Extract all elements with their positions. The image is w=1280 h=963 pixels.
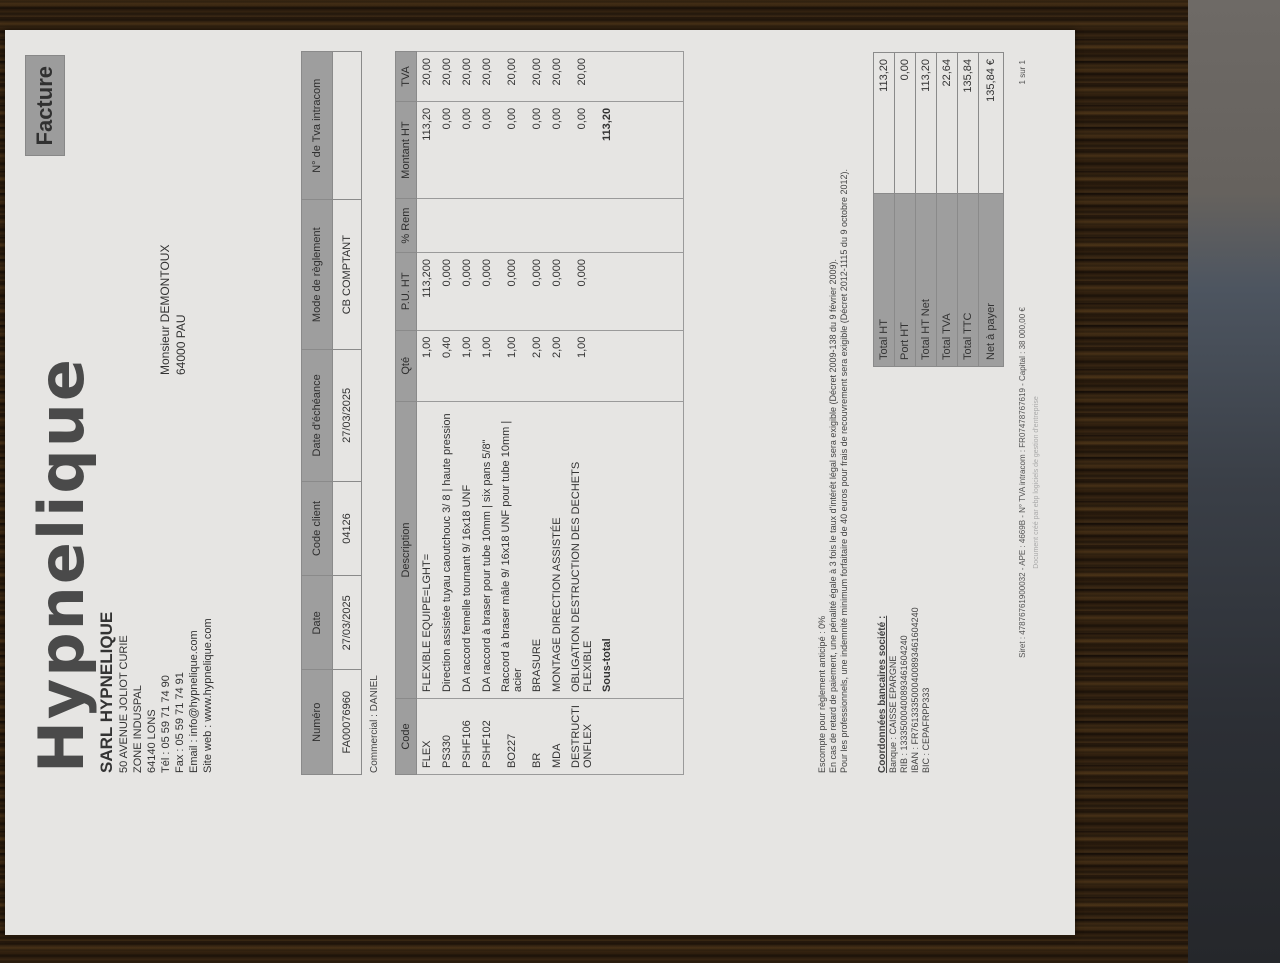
payment-terms: Escompte pour règlement anticipé : 0%En … xyxy=(817,169,850,773)
meta-header: Date d'échéance xyxy=(302,349,333,481)
cell-amount: 0,00 xyxy=(527,101,547,198)
company-city: 64140 LONS xyxy=(145,612,159,773)
cell-vat: 20,00 xyxy=(567,52,597,102)
column-header: % Rem xyxy=(396,199,417,253)
cell-description: OBLIGATION DESTRUCTION DES DECHETS FLEXI… xyxy=(567,402,597,699)
meta-value: FA00076960 xyxy=(333,670,362,775)
cell-vat: 20,00 xyxy=(477,52,497,102)
legal-footer: Siret : 47876761900032 - APE : 4669B - N… xyxy=(1018,30,1027,935)
cell-qty: 1,00 xyxy=(417,330,438,401)
company-email: Email : info@hypnelique.com xyxy=(187,612,201,773)
meta-header: Code client xyxy=(302,481,333,575)
meta-value: 27/03/2025 xyxy=(333,576,362,670)
cell-description: BRASURE xyxy=(527,402,547,699)
cell-unit-price: 0,000 xyxy=(527,252,547,330)
cell-amount: 113,20 xyxy=(417,101,438,198)
totals-value: 22,64 xyxy=(937,53,958,194)
cell-empty xyxy=(617,330,684,401)
table-row: BRBRASURE2,000,0000,0020,00 xyxy=(527,52,547,775)
cell-unit-price: 0,000 xyxy=(497,252,527,330)
column-header: Code xyxy=(396,699,417,775)
subtotal-row: Sous-total113,20 xyxy=(597,52,617,775)
invoice-meta-table: NuméroDateCode clientDate d'échéanceMode… xyxy=(301,51,362,775)
totals-label: Total HT Net xyxy=(916,194,937,367)
cell-discount xyxy=(457,199,477,253)
meta-value xyxy=(333,52,362,200)
column-header: TVA xyxy=(396,52,417,102)
fabric-background xyxy=(1188,0,1280,963)
cell-vat: 20,00 xyxy=(457,52,477,102)
totals-table: Total HT113,20Port HT0,00Total HT Net113… xyxy=(873,52,1004,367)
cell-empty xyxy=(617,101,684,198)
table-row: PSHF102DA raccord à braser pour tube 10m… xyxy=(477,52,497,775)
cell-amount: 0,00 xyxy=(567,101,597,198)
software-footer: Document créé par ebp logiciels de gesti… xyxy=(1033,30,1040,935)
company-tel: Tél : 05 59 71 74 90 xyxy=(159,612,173,773)
term-line: En cas de retard de paiement, une pénali… xyxy=(828,169,839,773)
cell-qty: 2,00 xyxy=(547,330,567,401)
cell-unit-price: 0,000 xyxy=(567,252,597,330)
subtotal-label: Sous-total xyxy=(597,402,617,699)
cell-code: PSHF106 xyxy=(457,699,477,775)
cell-description: DA raccord à braser pour tube 10mm | six… xyxy=(477,402,497,699)
totals-value: 113,20 xyxy=(874,53,895,194)
cell-code: PSHF102 xyxy=(477,699,497,775)
cell-discount xyxy=(567,199,597,253)
table-row: PSHF106DA raccord femelle tournant 9/ 16… xyxy=(457,52,477,775)
totals-label: Total HT xyxy=(874,194,895,367)
cell-empty xyxy=(617,52,684,102)
totals-row: Total TVA22,64 xyxy=(937,53,958,367)
bank-name: Banque : CAISSE EPARGNE xyxy=(888,607,899,773)
meta-header: Date xyxy=(302,576,333,670)
client-address: Monsieur DEMONTOUX 64000 PAU xyxy=(157,245,189,375)
cell-qty: 1,00 xyxy=(477,330,497,401)
bank-title: Coordonnées bancaires société : xyxy=(877,607,888,773)
net-to-pay-label: Net à payer xyxy=(979,194,1004,367)
cell-vat: 20,00 xyxy=(527,52,547,102)
column-header: Description xyxy=(396,402,417,699)
bank-details: Coordonnées bancaires société : Banque :… xyxy=(877,607,932,773)
subtotal-value: 113,20 xyxy=(597,101,617,198)
cell-qty: 1,00 xyxy=(567,330,597,401)
company-info: SARL HYPNELIQUE 50 AVENUE JOLIOT CURIE Z… xyxy=(97,612,215,773)
cell-description: FLEXIBLE EQUIPE=LGHT= xyxy=(417,402,438,699)
cell-unit-price: 0,000 xyxy=(477,252,497,330)
cell-unit-price: 0,000 xyxy=(547,252,567,330)
company-fax: Fax : 05 59 71 74 91 xyxy=(173,612,187,773)
cell-code: FLEX xyxy=(417,699,438,775)
cell-vat: 20,00 xyxy=(437,52,457,102)
cell-discount xyxy=(477,199,497,253)
cell-amount: 0,00 xyxy=(477,101,497,198)
totals-row: Total HT113,20 xyxy=(874,53,895,367)
cell-code: BO227 xyxy=(497,699,527,775)
cell-qty: 2,00 xyxy=(527,330,547,401)
table-row: PS330Direction assistée tuyau caoutchouc… xyxy=(437,52,457,775)
cell-unit-price: 0,000 xyxy=(457,252,477,330)
company-name: SARL HYPNELIQUE xyxy=(97,612,117,773)
cell-description: MONTAGE DIRECTION ASSISTÉE xyxy=(547,402,567,699)
cell-qty: 0,40 xyxy=(437,330,457,401)
bank-iban: IBAN : FR7613335000400893461604240 xyxy=(910,607,921,773)
cell-description: DA raccord femelle tournant 9/ 16x18 UNF xyxy=(457,402,477,699)
table-row: MDAMONTAGE DIRECTION ASSISTÉE2,000,0000,… xyxy=(547,52,567,775)
cell-amount: 0,00 xyxy=(547,101,567,198)
page-indicator: 1 sur 1 xyxy=(1018,60,1027,84)
cell-empty xyxy=(597,699,617,775)
totals-row: Port HT0,00 xyxy=(895,53,916,367)
bank-rib: RIB : 13335000400893461604240 xyxy=(899,607,910,773)
cell-vat: 20,00 xyxy=(547,52,567,102)
meta-header: Mode de règlement xyxy=(302,200,333,349)
cell-description: Direction assistée tuyau caoutchouc 3/ 8… xyxy=(437,402,457,699)
cell-vat: 20,00 xyxy=(417,52,438,102)
cell-discount xyxy=(547,199,567,253)
table-row: BO227Raccord à braser mâle 9/ 16x18 UNF … xyxy=(497,52,527,775)
cell-code: MDA xyxy=(547,699,567,775)
cell-empty xyxy=(617,199,684,253)
totals-row: Total HT Net113,20 xyxy=(916,53,937,367)
meta-value: 27/03/2025 xyxy=(333,349,362,481)
meta-header: N° de Tva intracom xyxy=(302,52,333,200)
company-address-1: 50 AVENUE JOLIOT CURIE xyxy=(117,612,131,773)
table-row: FLEXFLEXIBLE EQUIPE=LGHT=1,00113,200113,… xyxy=(417,52,438,775)
company-website: Site web : www.hypnelique.com xyxy=(201,612,215,773)
cell-empty xyxy=(617,402,684,699)
totals-label: Total TVA xyxy=(937,194,958,367)
meta-value: 04126 xyxy=(333,481,362,575)
cell-empty xyxy=(597,199,617,253)
totals-value: 113,20 xyxy=(916,53,937,194)
cell-unit-price: 113,200 xyxy=(417,252,438,330)
cell-description: Raccord à braser mâle 9/ 16x18 UNF pour … xyxy=(497,402,527,699)
client-name: Monsieur DEMONTOUX xyxy=(157,245,173,375)
cell-empty xyxy=(597,52,617,102)
column-header: Qté xyxy=(396,330,417,401)
cell-code: PS330 xyxy=(437,699,457,775)
cell-amount: 0,00 xyxy=(497,101,527,198)
meta-value: CB COMPTANT xyxy=(333,200,362,349)
cell-code: DESTRUCTI ONFLEX xyxy=(567,699,597,775)
company-logo: Hypnelique xyxy=(25,357,98,773)
company-address-2: ZONE INDUSPAL xyxy=(131,612,145,773)
salesperson: Commercial : DANIEL xyxy=(369,675,380,773)
net-to-pay-row: Net à payer 135,84 € xyxy=(979,53,1004,367)
totals-label: Port HT xyxy=(895,194,916,367)
cell-empty xyxy=(617,252,684,330)
cell-discount xyxy=(417,199,438,253)
term-line: Pour les professionnels, une indemnité m… xyxy=(839,169,850,773)
invoice-paper: Hypnelique SARL HYPNELIQUE 50 AVENUE JOL… xyxy=(5,30,1075,935)
client-city: 64000 PAU xyxy=(173,245,189,375)
table-row: DESTRUCTI ONFLEXOBLIGATION DESTRUCTION D… xyxy=(567,52,597,775)
cell-empty xyxy=(597,252,617,330)
totals-row: Total TTC135,84 xyxy=(958,53,979,367)
cell-qty: 1,00 xyxy=(457,330,477,401)
filler-row xyxy=(617,52,684,775)
cell-amount: 0,00 xyxy=(437,101,457,198)
cell-qty: 1,00 xyxy=(497,330,527,401)
document-type-badge: Facture xyxy=(25,55,65,156)
bank-bic: BIC : CEPAFRPP333 xyxy=(921,607,932,773)
cell-unit-price: 0,000 xyxy=(437,252,457,330)
invoice-lines-table: CodeDescriptionQtéP.U. HT% RemMontant HT… xyxy=(395,51,684,775)
cell-discount xyxy=(527,199,547,253)
net-to-pay-value: 135,84 € xyxy=(979,53,1004,194)
cell-empty xyxy=(597,330,617,401)
cell-discount xyxy=(437,199,457,253)
cell-discount xyxy=(497,199,527,253)
meta-header: Numéro xyxy=(302,670,333,775)
cell-amount: 0,00 xyxy=(457,101,477,198)
totals-value: 0,00 xyxy=(895,53,916,194)
cell-empty xyxy=(617,699,684,775)
term-line: Escompte pour règlement anticipé : 0% xyxy=(817,169,828,773)
column-header: Montant HT xyxy=(396,101,417,198)
column-header: P.U. HT xyxy=(396,252,417,330)
cell-code: BR xyxy=(527,699,547,775)
totals-value: 135,84 xyxy=(958,53,979,194)
totals-label: Total TTC xyxy=(958,194,979,367)
cell-vat: 20,00 xyxy=(497,52,527,102)
